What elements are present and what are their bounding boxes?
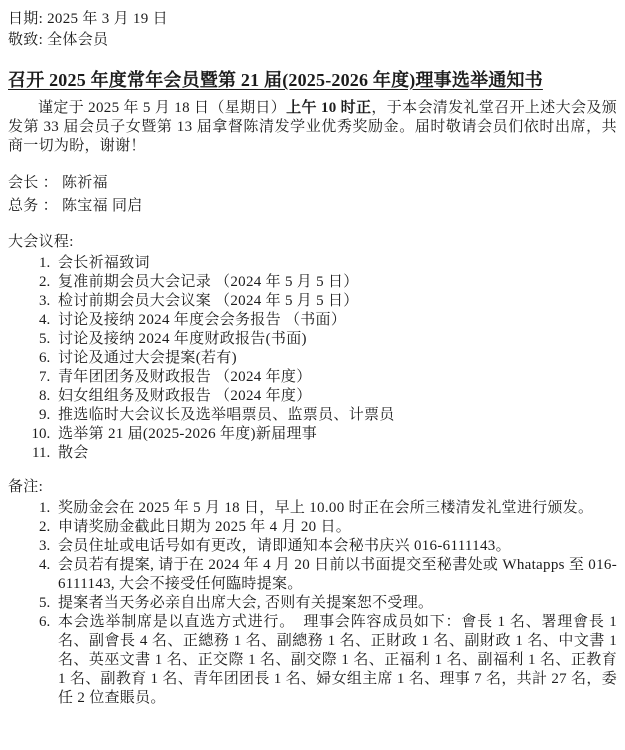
agenda-item: 选举第 21 届(2025-2026 年度)新届理事 — [54, 425, 617, 444]
intro-paragraph: 谨定于 2025 年 5 月 18 日（星期日）上午 10 时正，于本会清发礼堂… — [8, 99, 617, 156]
agenda-item: 妇女组组务及财政报告 （2024 年度） — [54, 387, 617, 406]
note-item: 本会选举制席是以直选方式进行。 理事会阵容成员如下：會長 1 名、署理會長 1 … — [54, 613, 617, 708]
agenda-item: 讨论及接纳 2024 年度财政报告(书面) — [54, 330, 617, 349]
note-item: 申请奖励金截此日期为 2025 年 4 月 20 日。 — [54, 518, 617, 537]
recipient-line: 敬致: 全体会员 — [8, 30, 617, 51]
agenda-heading: 大会议程: — [8, 232, 617, 253]
intro-time-bold: 上午 10 时正 — [286, 100, 371, 116]
agenda-list: 会长祈福致词 复准前期会员大会记录 （2024 年 5 月 5 日） 检讨前期会… — [8, 254, 617, 463]
signatory-president: 会长 ： 陈祈福 — [8, 172, 617, 195]
signatories-block: 会长 ： 陈祈福 总务 ： 陈宝福 同启 — [8, 172, 617, 218]
document-title: 召开 2025 年度常年会员暨第 21 届(2025-2026 年度)理事选举通… — [8, 71, 617, 90]
signatory-secretary: 总务 ： 陈宝福 同启 — [8, 195, 617, 218]
notice-document: 日期: 2025 年 3 月 19 日 敬致: 全体会员 召开 2025 年度常… — [0, 0, 625, 750]
note-item: 奖励金会在 2025 年 5 月 18 日，早上 10.00 时正在会所三楼清发… — [54, 499, 617, 518]
agenda-item: 散会 — [54, 444, 617, 463]
agenda-item: 讨论及接纳 2024 年度会会务报告 （书面） — [54, 311, 617, 330]
agenda-item: 推选临时大会议长及选举唱票员、监票员、计票员 — [54, 406, 617, 425]
notes-list: 奖励金会在 2025 年 5 月 18 日，早上 10.00 时正在会所三楼清发… — [8, 499, 617, 708]
agenda-item: 讨论及通过大会提案(若有) — [54, 349, 617, 368]
agenda-item: 青年团团务及财政报告 （2024 年度） — [54, 368, 617, 387]
agenda-item: 复准前期会员大会记录 （2024 年 5 月 5 日） — [54, 273, 617, 292]
note-item: 会员住址或电话号如有更改，请即通知本会秘书庆兴 016-6111143。 — [54, 537, 617, 556]
note-item: 提案者当天务必亲自出席大会, 否则有关提案恕不受理。 — [54, 594, 617, 613]
date-line: 日期: 2025 年 3 月 19 日 — [8, 9, 617, 30]
intro-lead: 谨定于 2025 年 5 月 18 日（星期日） — [38, 100, 286, 116]
agenda-item: 会长祈福致词 — [54, 254, 617, 273]
notes-heading: 备注: — [8, 477, 617, 498]
note-item: 会员若有提案, 请于在 2024 年 4 月 20 日前以书面提交至秘書处或 W… — [54, 556, 617, 594]
agenda-item: 检讨前期会员大会议案 （2024 年 5 月 5 日） — [54, 292, 617, 311]
